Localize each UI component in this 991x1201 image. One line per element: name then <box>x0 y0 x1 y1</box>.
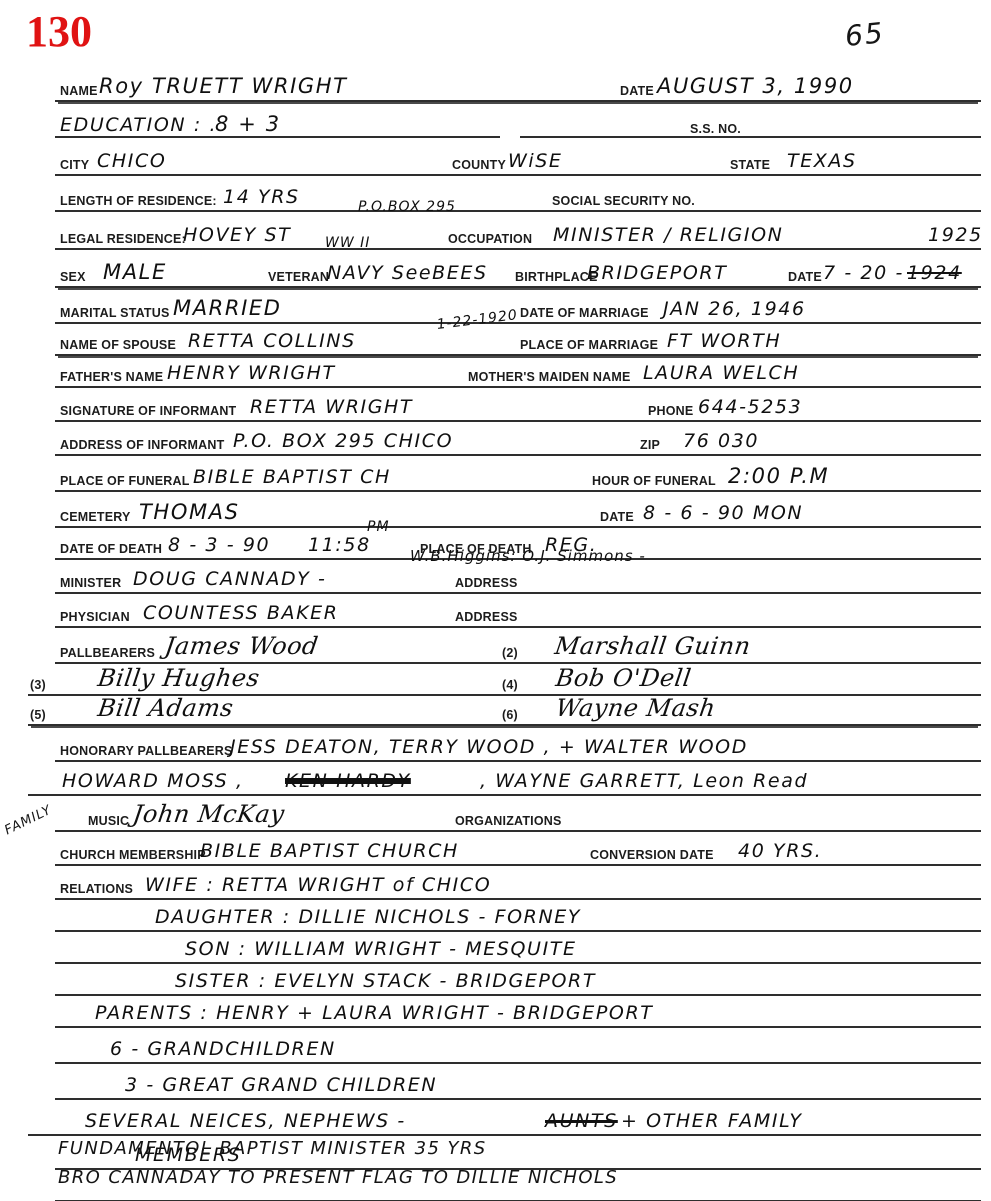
music-label: MUSIC <box>88 814 129 828</box>
relation-great-grandchildren: 3 - GREAT GRAND CHILDREN <box>125 1074 437 1096</box>
funeral-hour-value: 2:00 P.M <box>728 464 829 488</box>
row-honorary-pallbearers-2: HOWARD MOSS , KEN HARDY , WAYNE GARRETT,… <box>28 762 981 796</box>
pallbearer-3: Billy Hughes <box>96 664 262 692</box>
relations-label: RELATIONS <box>60 882 133 896</box>
honorary-pallbearers-line2-post: , WAYNE GARRETT, Leon Read <box>480 770 808 792</box>
pallbearer-2-number: (2) <box>502 646 518 660</box>
death-date-value: 8 - 3 - 90 <box>168 534 270 556</box>
music-value: John McKay <box>131 800 286 828</box>
note-flag-presentation: BRO CANNADAY TO PRESENT FLAG TO DILLIE N… <box>58 1167 618 1196</box>
education-label: EDUCATION : . <box>60 114 217 136</box>
sex-label: SEX <box>60 270 86 284</box>
row-legal-residence-occupation: LEGAL RESIDENCE: HOVEY ST P.O.BOX 295 OC… <box>55 212 981 250</box>
state-value: TEXAS <box>787 150 857 172</box>
funeral-hour-label: HOUR OF FUNERAL <box>592 474 716 488</box>
row-church-membership: CHURCH MEMBERSHIP BIBLE BAPTIST CHURCH C… <box>55 832 981 866</box>
informant-address-value: P.O. BOX 295 CHICO <box>233 430 453 452</box>
conversion-date-label: CONVERSION DATE <box>590 848 714 862</box>
relation-son: SON : WILLIAM WRIGHT - MESQUITE <box>185 938 577 960</box>
record-number: 130 <box>26 6 92 57</box>
marriage-date-label: DATE OF MARRIAGE <box>520 306 649 320</box>
phone-label: PHONE <box>648 404 693 418</box>
burial-date-label: DATE <box>600 510 634 524</box>
spouse-value: RETTA COLLINS <box>188 330 356 352</box>
name-label: NAME <box>60 84 98 98</box>
honorary-pallbearers-line1: JESS DEATON, TERRY WOOD , + WALTER WOOD <box>230 736 748 758</box>
father-name-value: HENRY WRIGHT <box>167 362 336 384</box>
minister-extra-names-note: W.B.Higgins: O.J. Simmons - <box>410 547 646 590</box>
county-value: WiSE <box>508 150 563 172</box>
birth-date-struck-year: 1924 <box>907 262 962 284</box>
pallbearer-2: Marshall Guinn <box>553 632 753 660</box>
sex-value: MALE <box>103 260 167 284</box>
row-residence-length: LENGTH OF RESIDENCE: 14 YRS SOCIAL SECUR… <box>55 176 981 212</box>
marital-status-label: MARITAL STATUS <box>60 306 170 320</box>
legal-residence-label: LEGAL RESIDENCE: <box>60 232 186 246</box>
date-value: AUGUST 3, 1990 <box>657 74 854 98</box>
bottom-notes: FUNDAMENTOL BAPTIST MINISTER 35 YRS BRO … <box>58 1138 618 1196</box>
marriage-place-label: PLACE OF MARRIAGE <box>520 338 658 352</box>
row-informant-signature: SIGNATURE OF INFORMANT RETTA WRIGHT PHON… <box>55 388 981 422</box>
row-funeral-place: PLACE OF FUNERAL BIBLE BAPTIST CH HOUR O… <box>55 456 981 492</box>
city-value: CHICO <box>97 150 166 172</box>
row-name-date: NAME Roy TRUETT WRIGHT DATE AUGUST 3, 19… <box>55 64 981 102</box>
relation-grandchildren: 6 - GRANDCHILDREN <box>110 1038 336 1060</box>
row-education-ssno: EDUCATION : . 8 + 3 S.S. NO. <box>55 102 981 138</box>
relation-parents: PARENTS : HENRY + LAURA WRIGHT - BRIDGEP… <box>95 1002 653 1024</box>
row-physician: PHYSICIAN COUNTESS BAKER ADDRESS <box>55 594 981 628</box>
row-sex-veteran-birth: SEX MALE VETERAN WW II NAVY SeeBEES BIRT… <box>55 250 981 288</box>
ssno-label: S.S. NO. <box>690 122 741 136</box>
occupation-value: MINISTER / RELIGION <box>553 224 783 246</box>
row-pallbearers-1: PALLBEARERS James Wood (2) Marshall Guin… <box>55 628 981 664</box>
father-name-label: FATHER'S NAME <box>60 370 163 384</box>
death-date-label: DATE OF DEATH <box>60 542 162 556</box>
row-honorary-pallbearers-1: HONORARY PALLBEARERS JESS DEATON, TERRY … <box>55 726 981 762</box>
informant-signature-label: SIGNATURE OF INFORMANT <box>60 404 236 418</box>
po-box-note: P.O.BOX 295 <box>358 199 456 246</box>
row-relations-daughter: DAUGHTER : DILLIE NICHOLS - FORNEY <box>55 900 981 932</box>
honorary-pallbearers-label: HONORARY PALLBEARERS <box>60 744 233 758</box>
corner-page-number: 65 <box>843 16 886 53</box>
occupation-label: OCCUPATION <box>448 232 532 246</box>
row-grandchildren: 6 - GRANDCHILDREN <box>55 1028 981 1064</box>
row-city-county-state: CITY CHICO COUNTY WiSE STATE TEXAS <box>55 138 981 176</box>
pallbearers-label: PALLBEARERS <box>60 646 155 660</box>
pallbearer-4-number: (4) <box>502 678 518 692</box>
city-label: CITY <box>60 158 89 172</box>
physician-value: COUNTESS BAKER <box>143 602 339 624</box>
cemetery-label: CEMETERY <box>60 510 131 524</box>
funeral-record-form: NAME Roy TRUETT WRIGHT DATE AUGUST 3, 19… <box>0 64 991 1201</box>
mother-maiden-name-label: MOTHER'S MAIDEN NAME <box>468 370 631 384</box>
state-label: STATE <box>730 158 770 172</box>
relation-others-struck: AUNTS <box>545 1110 618 1132</box>
honorary-pallbearers-line2-pre: HOWARD MOSS , <box>62 770 244 792</box>
birthplace-value: BRIDGEPORT <box>587 262 727 284</box>
row-minister: MINISTER DOUG CANNADY - W.B.Higgins: O.J… <box>55 560 981 594</box>
phone-value: 644-5253 <box>698 396 802 418</box>
row-relations-parents: PARENTS : HENRY + LAURA WRIGHT - BRIDGEP… <box>55 996 981 1028</box>
pallbearer-6: Wayne Mash <box>554 694 717 722</box>
informant-signature-value: RETTA WRIGHT <box>250 396 413 418</box>
birth-date-label: DATE <box>788 270 822 284</box>
relation-daughter: DAUGHTER : DILLIE NICHOLS - FORNEY <box>155 906 581 928</box>
zip-value: 76 030 <box>683 430 759 452</box>
pallbearer-5: Bill Adams <box>96 694 235 722</box>
minister-value: DOUG CANNADY - <box>133 568 326 590</box>
church-membership-label: CHURCH MEMBERSHIP <box>60 848 206 862</box>
county-label: COUNTY <box>452 158 506 172</box>
birthplace-label: BIRTHPLACE <box>515 270 598 284</box>
row-parents-names: FATHER'S NAME HENRY WRIGHT MOTHER'S MAID… <box>55 356 981 388</box>
row-relations-son: SON : WILLIAM WRIGHT - MESQUITE <box>55 932 981 964</box>
residence-length-value: 14 YRS <box>223 186 300 208</box>
pallbearer-6-number: (6) <box>502 708 518 722</box>
pallbearer-5-number: (5) <box>30 708 46 722</box>
date-label: DATE <box>620 84 654 98</box>
row-pallbearers-2: (3) Billy Hughes (4) Bob O'Dell <box>28 664 981 696</box>
physician-address-label: ADDRESS <box>455 610 518 624</box>
row-cemetery: CEMETERY THOMAS DATE 8 - 6 - 90 MON <box>55 492 981 528</box>
funeral-place-value: BIBLE BAPTIST CH <box>193 466 391 488</box>
education-value: 8 + 3 <box>215 112 281 136</box>
zip-label: ZIP <box>640 438 660 452</box>
note-minister-years: FUNDAMENTOL BAPTIST MINISTER 35 YRS <box>58 1138 618 1167</box>
relation-others-post: + OTHER FAMILY <box>621 1110 803 1132</box>
row-informant-address: ADDRESS OF INFORMANT P.O. BOX 295 CHICO … <box>55 422 981 456</box>
veteran-war-note: WW II <box>325 235 370 284</box>
spouse-label: NAME OF SPOUSE <box>60 338 176 352</box>
row-pallbearers-3: (5) Bill Adams (6) Wayne Mash <box>28 696 981 726</box>
death-time-value: 11:58 <box>308 534 371 556</box>
cemetery-value: THOMAS <box>139 500 240 524</box>
veteran-label: VETERAN <box>268 270 329 284</box>
spouse-birthdate-note: 1-22-1920 <box>436 307 522 357</box>
burial-date-value: 8 - 6 - 90 MON <box>643 502 803 524</box>
pallbearer-1: James Wood <box>163 632 320 660</box>
legal-residence-value: HOVEY ST <box>183 224 291 246</box>
relation-others-pre: SEVERAL NEICES, NEPHEWS - <box>85 1110 406 1132</box>
death-time-suffix: PM <box>367 519 390 556</box>
relation-sister: SISTER : EVELYN STACK - BRIDGEPORT <box>175 970 596 992</box>
occupation-year-note: 1925 <box>928 224 983 246</box>
physician-label: PHYSICIAN <box>60 610 130 624</box>
family-margin-note: FAMILY <box>2 803 54 839</box>
relation-wife: WIFE : RETTA WRIGHT of CHICO <box>145 874 491 896</box>
organizations-label: ORGANIZATIONS <box>455 814 562 828</box>
residence-length-label: LENGTH OF RESIDENCE: <box>60 194 217 208</box>
marriage-date-value: JAN 26, 1946 <box>663 298 806 320</box>
row-other-family: SEVERAL NEICES, NEPHEWS - AUNTS + OTHER … <box>28 1100 981 1136</box>
pallbearer-4: Bob O'Dell <box>554 664 693 692</box>
name-value: Roy TRUETT WRIGHT <box>99 74 348 98</box>
informant-address-label: ADDRESS OF INFORMANT <box>60 438 224 452</box>
birth-date-value: 7 - 20 - <box>823 262 904 284</box>
marriage-place-value: FT WORTH <box>667 330 781 352</box>
honorary-struck-name: KEN HARDY <box>285 770 411 792</box>
row-relations-wife: RELATIONS WIFE : RETTA WRIGHT of CHICO <box>55 866 981 900</box>
church-membership-value: BIBLE BAPTIST CHURCH <box>200 840 459 862</box>
pallbearer-3-number: (3) <box>30 678 46 692</box>
row-spouse: NAME OF SPOUSE RETTA COLLINS 1-22-1920 P… <box>55 324 981 356</box>
row-relations-sister: SISTER : EVELYN STACK - BRIDGEPORT <box>55 964 981 996</box>
row-music-organizations: FAMILY MUSIC John McKay ORGANIZATIONS <box>55 796 981 832</box>
row-great-grandchildren: 3 - GREAT GRAND CHILDREN <box>55 1064 981 1100</box>
social-security-label: SOCIAL SECURITY NO. <box>552 194 695 208</box>
marital-status-value: MARRIED <box>173 296 282 320</box>
conversion-date-value: 40 YRS. <box>738 840 822 862</box>
mother-maiden-name-value: LAURA WELCH <box>643 362 799 384</box>
minister-label: MINISTER <box>60 576 121 590</box>
funeral-place-label: PLACE OF FUNERAL <box>60 474 190 488</box>
